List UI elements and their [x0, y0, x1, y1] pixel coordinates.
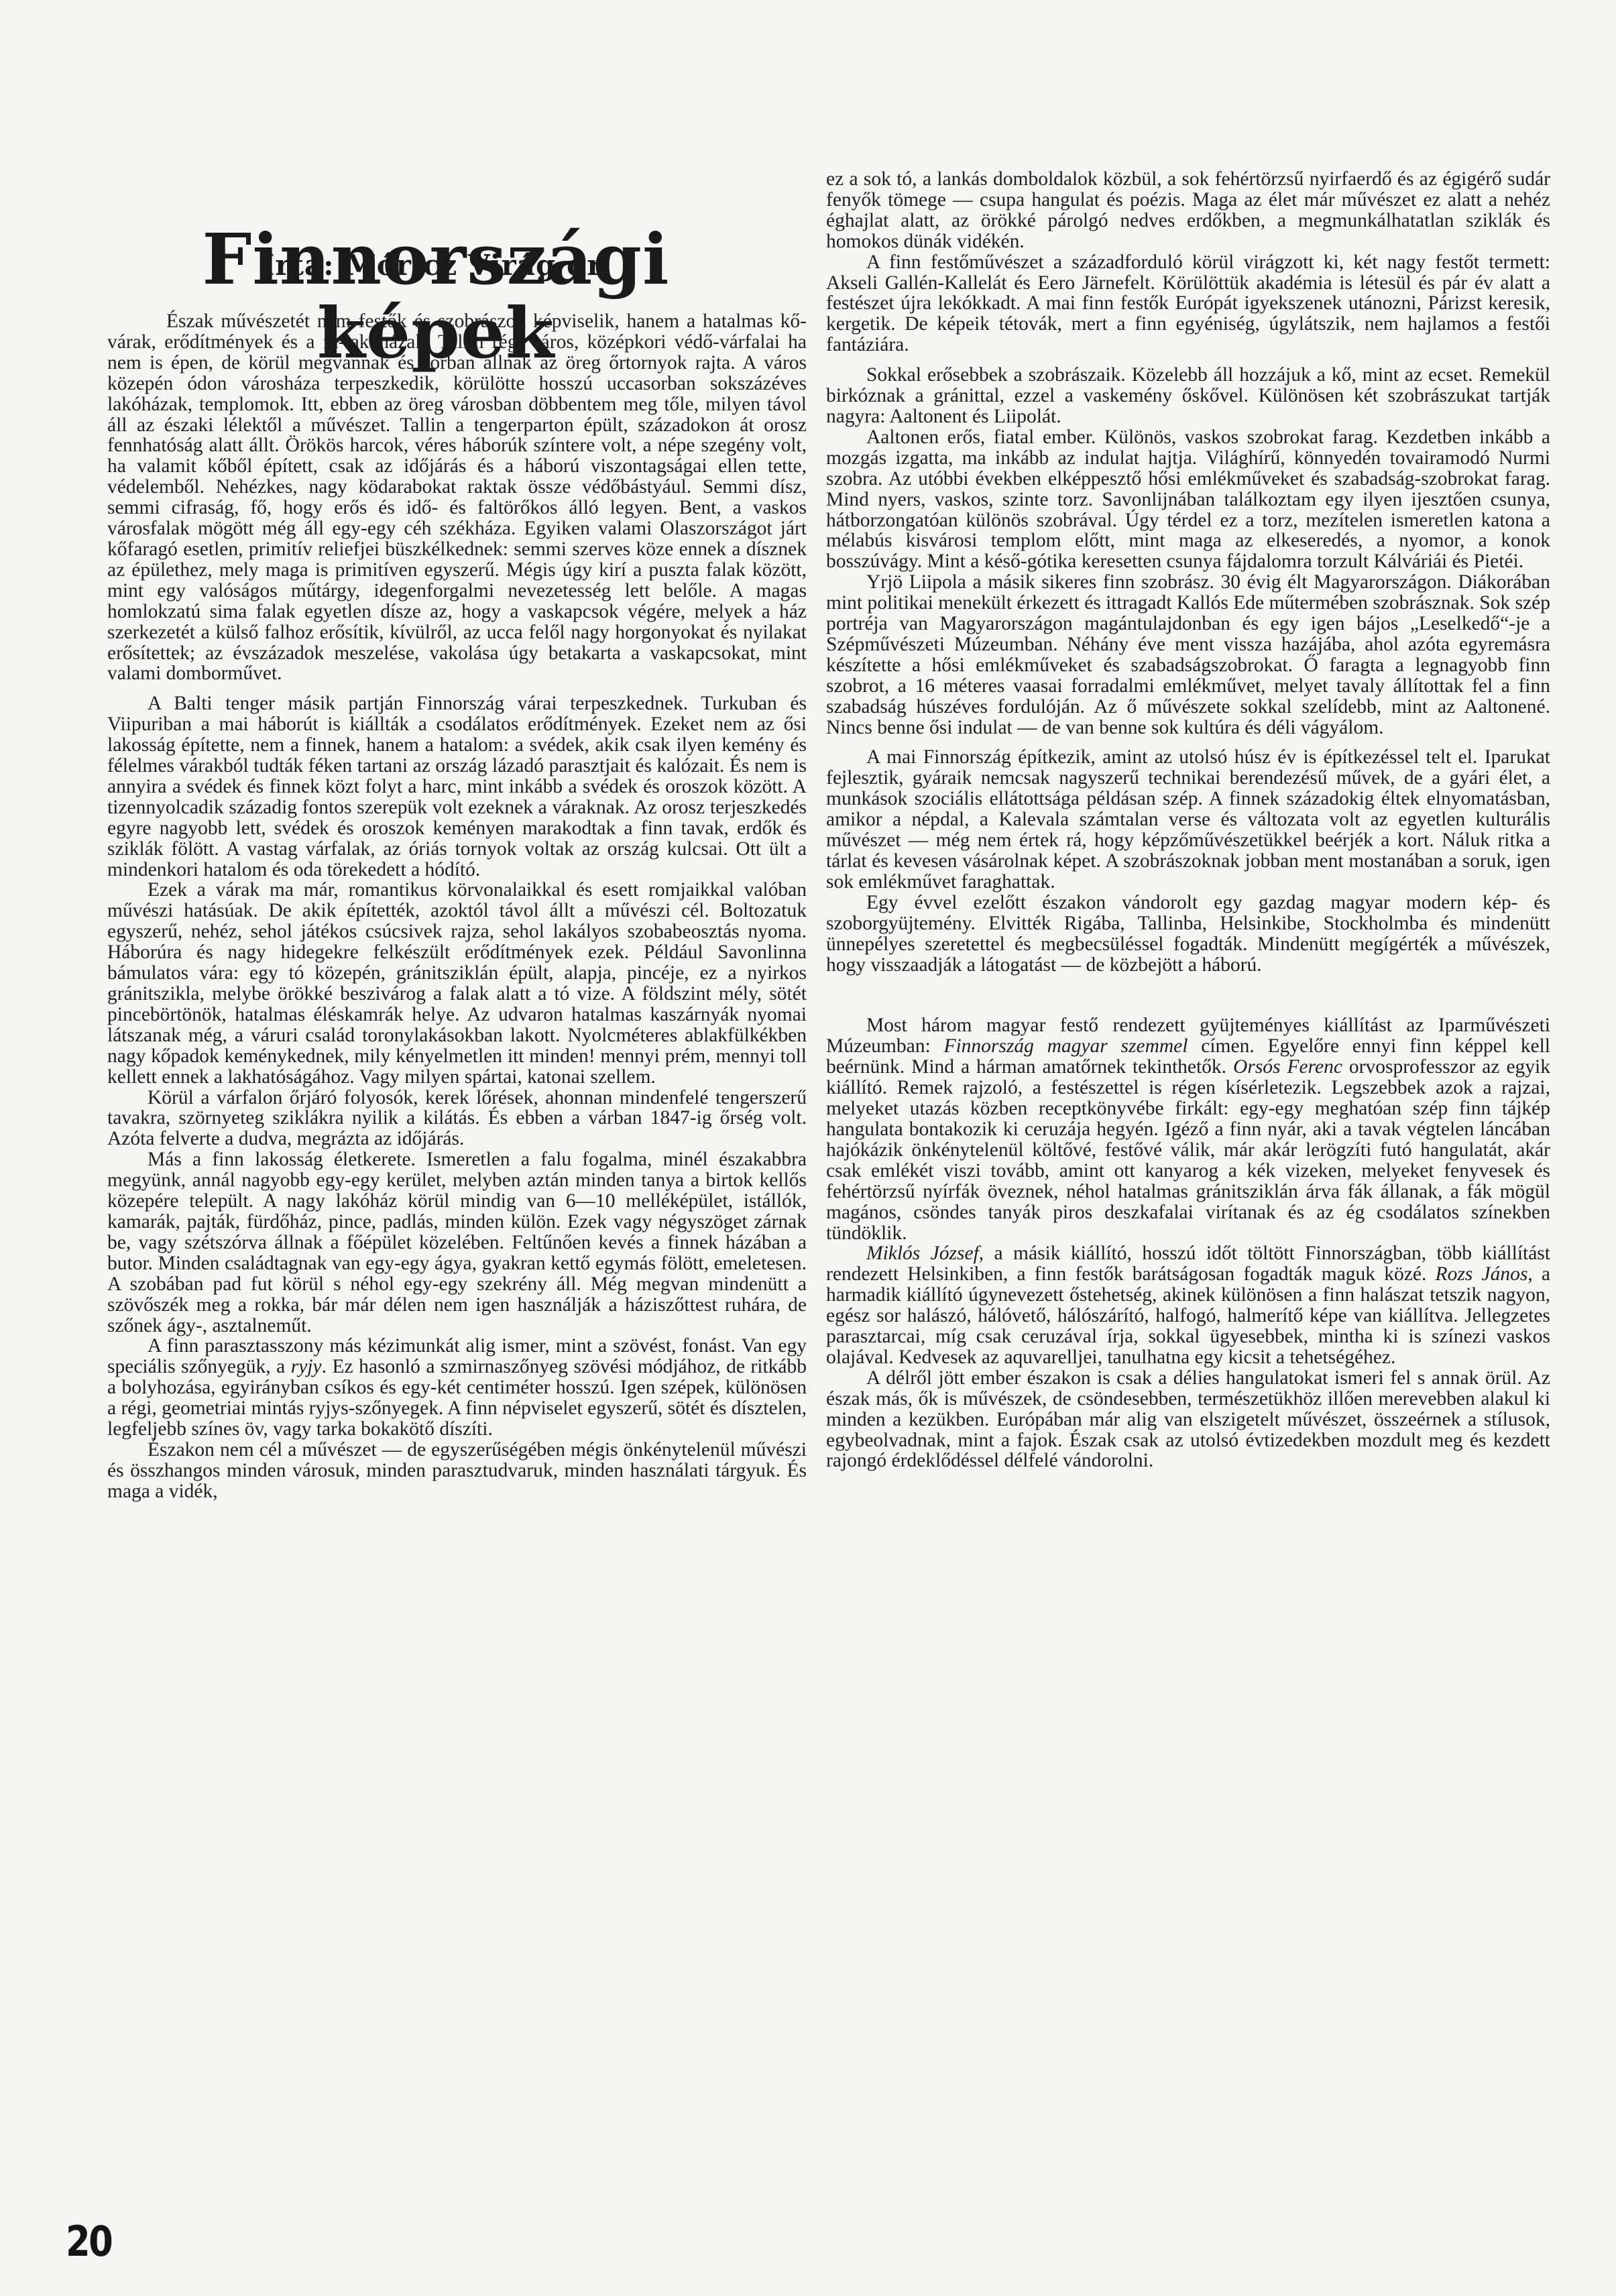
paragraph: A mai Finnország építkezik, amint az uto… [826, 747, 1550, 892]
paragraph: Körül a várfalon őrjáró folyosók, kerek … [107, 1088, 807, 1150]
paragraph: Ezek a várak ma már, romantikus körvonal… [107, 880, 807, 1087]
page-number: 20 [66, 2218, 111, 2265]
paragraph: Egy évvel ezelőtt északon vándorolt egy … [826, 893, 1550, 976]
paragraph: Északon nem cél a művészet — de egyszerű… [107, 1440, 807, 1502]
paragraph: Yrjö Liipola a másik sikeres finn szobrá… [826, 572, 1550, 738]
paragraph: Miklós József, a másik kiállító, hosszú … [826, 1243, 1550, 1367]
paragraph: A Balti tenger másik partján Finnország … [107, 693, 807, 880]
paragraph: Sokkal erősebbek a szobrászaik. Közelebb… [826, 365, 1550, 427]
paragraph: Aaltonen erős, fiatal ember. Különös, va… [826, 427, 1550, 572]
paragraph: A délről jött ember északon is csak a dé… [826, 1368, 1550, 1472]
paragraph: A finn festőművészet a századforduló kör… [826, 252, 1550, 356]
paragraph: Észak művészetét nem festők és szobrászo… [107, 311, 807, 684]
right-text-column: ez a sok tó, a lankás domboldalok közbül… [826, 169, 1550, 1471]
paragraph: ez a sok tó, a lankás domboldalok közbül… [826, 169, 1550, 252]
article-byline: Irta: Móricz Virág dr. [133, 249, 739, 282]
paragraph: Más a finn lakosság életkerete. Ismeretl… [107, 1149, 807, 1336]
paragraph: Most három magyar festő rendezett gyüjte… [826, 1015, 1550, 1243]
paragraph: A finn parasztasszony más kézimunkát ali… [107, 1336, 807, 1440]
left-text-column: Észak művészetét nem festők és szobrászo… [107, 311, 807, 1502]
